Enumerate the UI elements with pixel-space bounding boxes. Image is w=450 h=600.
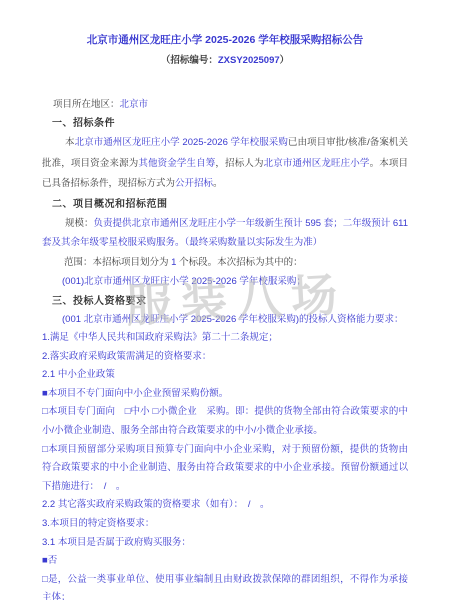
qualification-intro: (001 北京市通州区龙旺庄小学 2025-2026 学年校服采购)的投标人资格… — [62, 311, 408, 330]
tender-number-line: （招标编号：ZXSY2025097） — [42, 54, 408, 67]
qualification-item: 3.本项目的特定资格要求： — [42, 515, 408, 534]
section-2-heading: 二、项目概况和招标范围 — [52, 195, 408, 214]
text-run: 。 — [213, 178, 223, 189]
text-run: 个标段。本次招标为其中的： — [176, 257, 302, 268]
qualification-item-checked: ■本项目不专门面向中小企业预留采购份额。 — [42, 385, 408, 404]
tender-number-close: ） — [280, 55, 290, 66]
text-run: ，招标人为 — [215, 158, 263, 169]
scope-line: 范围：本招标项目划分为 1 个标段。本次招标为其中的： — [64, 253, 408, 273]
qualification-item: 1.满足《中华人民共和国政府采购法》第二十二条规定； — [42, 329, 408, 348]
region-value: 北京市 — [120, 99, 149, 110]
region-line: 项目所在地区：北京市 — [53, 95, 408, 114]
project-name-link: 北京市通州区龙旺庄小学 2025-2026 学年校服采购 — [75, 137, 288, 148]
announcement-title: 北京市通州区龙旺庄小学 2025-2026 学年校服采购招标公告 — [42, 33, 408, 48]
lot-line: (001)北京市通州区龙旺庄小学 2025-2026 学年校服采购； — [62, 272, 408, 292]
qualification-item: 2.2 其它落实政府采购政策的资格要求（如有）： / 。 — [42, 496, 408, 515]
text-run: 范围：本招标项目划分为 — [64, 257, 171, 268]
scale-paragraph: 规模：负责提供北京市通州区龙旺庄小学一年级新生预计 595 套；二年级预计 61… — [42, 214, 408, 253]
text-run: 本 — [65, 137, 75, 148]
tenderee-link: 北京市通州区龙旺庄小学 — [264, 158, 370, 169]
qualification-item: 2.1 中小企业政策 — [42, 366, 408, 385]
document-body: 北京市通州区龙旺庄小学 2025-2026 学年校服采购招标公告 （招标编号：Z… — [0, 0, 450, 600]
tender-conditions-paragraph: 本北京市通州区龙旺庄小学 2025-2026 学年校服采购已由项目审批/核准/备… — [42, 133, 408, 195]
tender-number-label: （招标编号： — [161, 55, 218, 66]
scale-label: 规模： — [65, 218, 94, 229]
qualification-item-unchecked: □本项目预留部分采购项目预算专门面向中小企业采购，对于预留份额，提供的货物由符合… — [42, 441, 408, 497]
qualification-item: 3.1 本项目是否属于政府购买服务： — [42, 534, 408, 553]
qualification-item-checked: ■否 — [42, 552, 408, 571]
scale-value: 负责提供北京市通州区龙旺庄小学一年级新生预计 595 套；二年级预计 611 套… — [42, 218, 408, 249]
tender-method-link: 公开招标 — [175, 178, 213, 189]
qualification-item: 2.落实政府采购政策需满足的资格要求： — [42, 348, 408, 367]
tender-number: ZXSY2025097 — [218, 55, 280, 66]
section-1-heading: 一、招标条件 — [52, 114, 408, 133]
announcement-page: 服装八场 北京市通州区龙旺庄小学 2025-2026 学年校服采购招标公告 （招… — [0, 0, 450, 600]
qualification-item-unchecked: □是，公益一类事业单位、使用事业编制且由财政拨款保障的群团组织，不得作为承接主体… — [42, 571, 408, 600]
funding-source-link: 其他资金学生自筹 — [138, 158, 215, 169]
qualification-item-unchecked: □本项目专门面向 □中小 □小微企业 采购。即：提供的货物全部由符合政策要求的中… — [42, 403, 408, 440]
section-3-heading: 三、投标人资格要求 — [52, 292, 408, 311]
region-label: 项目所在地区： — [53, 99, 120, 110]
